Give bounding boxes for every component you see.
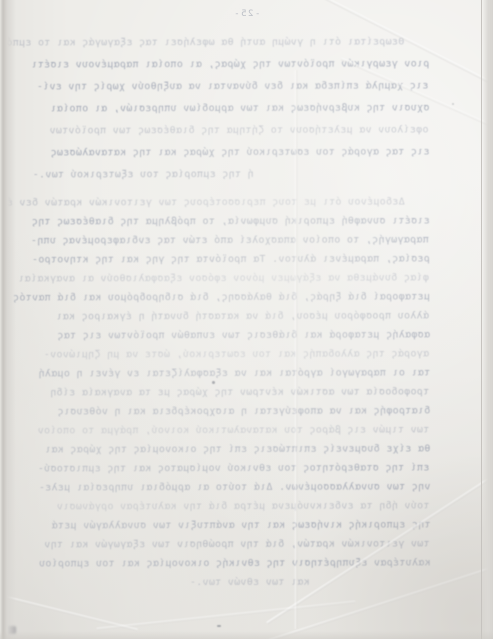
- paper-edge-right: [481, 0, 493, 639]
- scanned-page: -25- Θεωρείται ότι η γνώμη αυτή θα ωφελή…: [0, 0, 493, 639]
- paper-edge-left: [0, 0, 16, 639]
- paper-edge-bottom: [0, 631, 493, 639]
- paper-speck: [212, 381, 215, 384]
- paper-speck: [452, 103, 454, 105]
- paper-speck: [217, 625, 221, 627]
- corner-shadow-bottom-right: [293, 449, 493, 639]
